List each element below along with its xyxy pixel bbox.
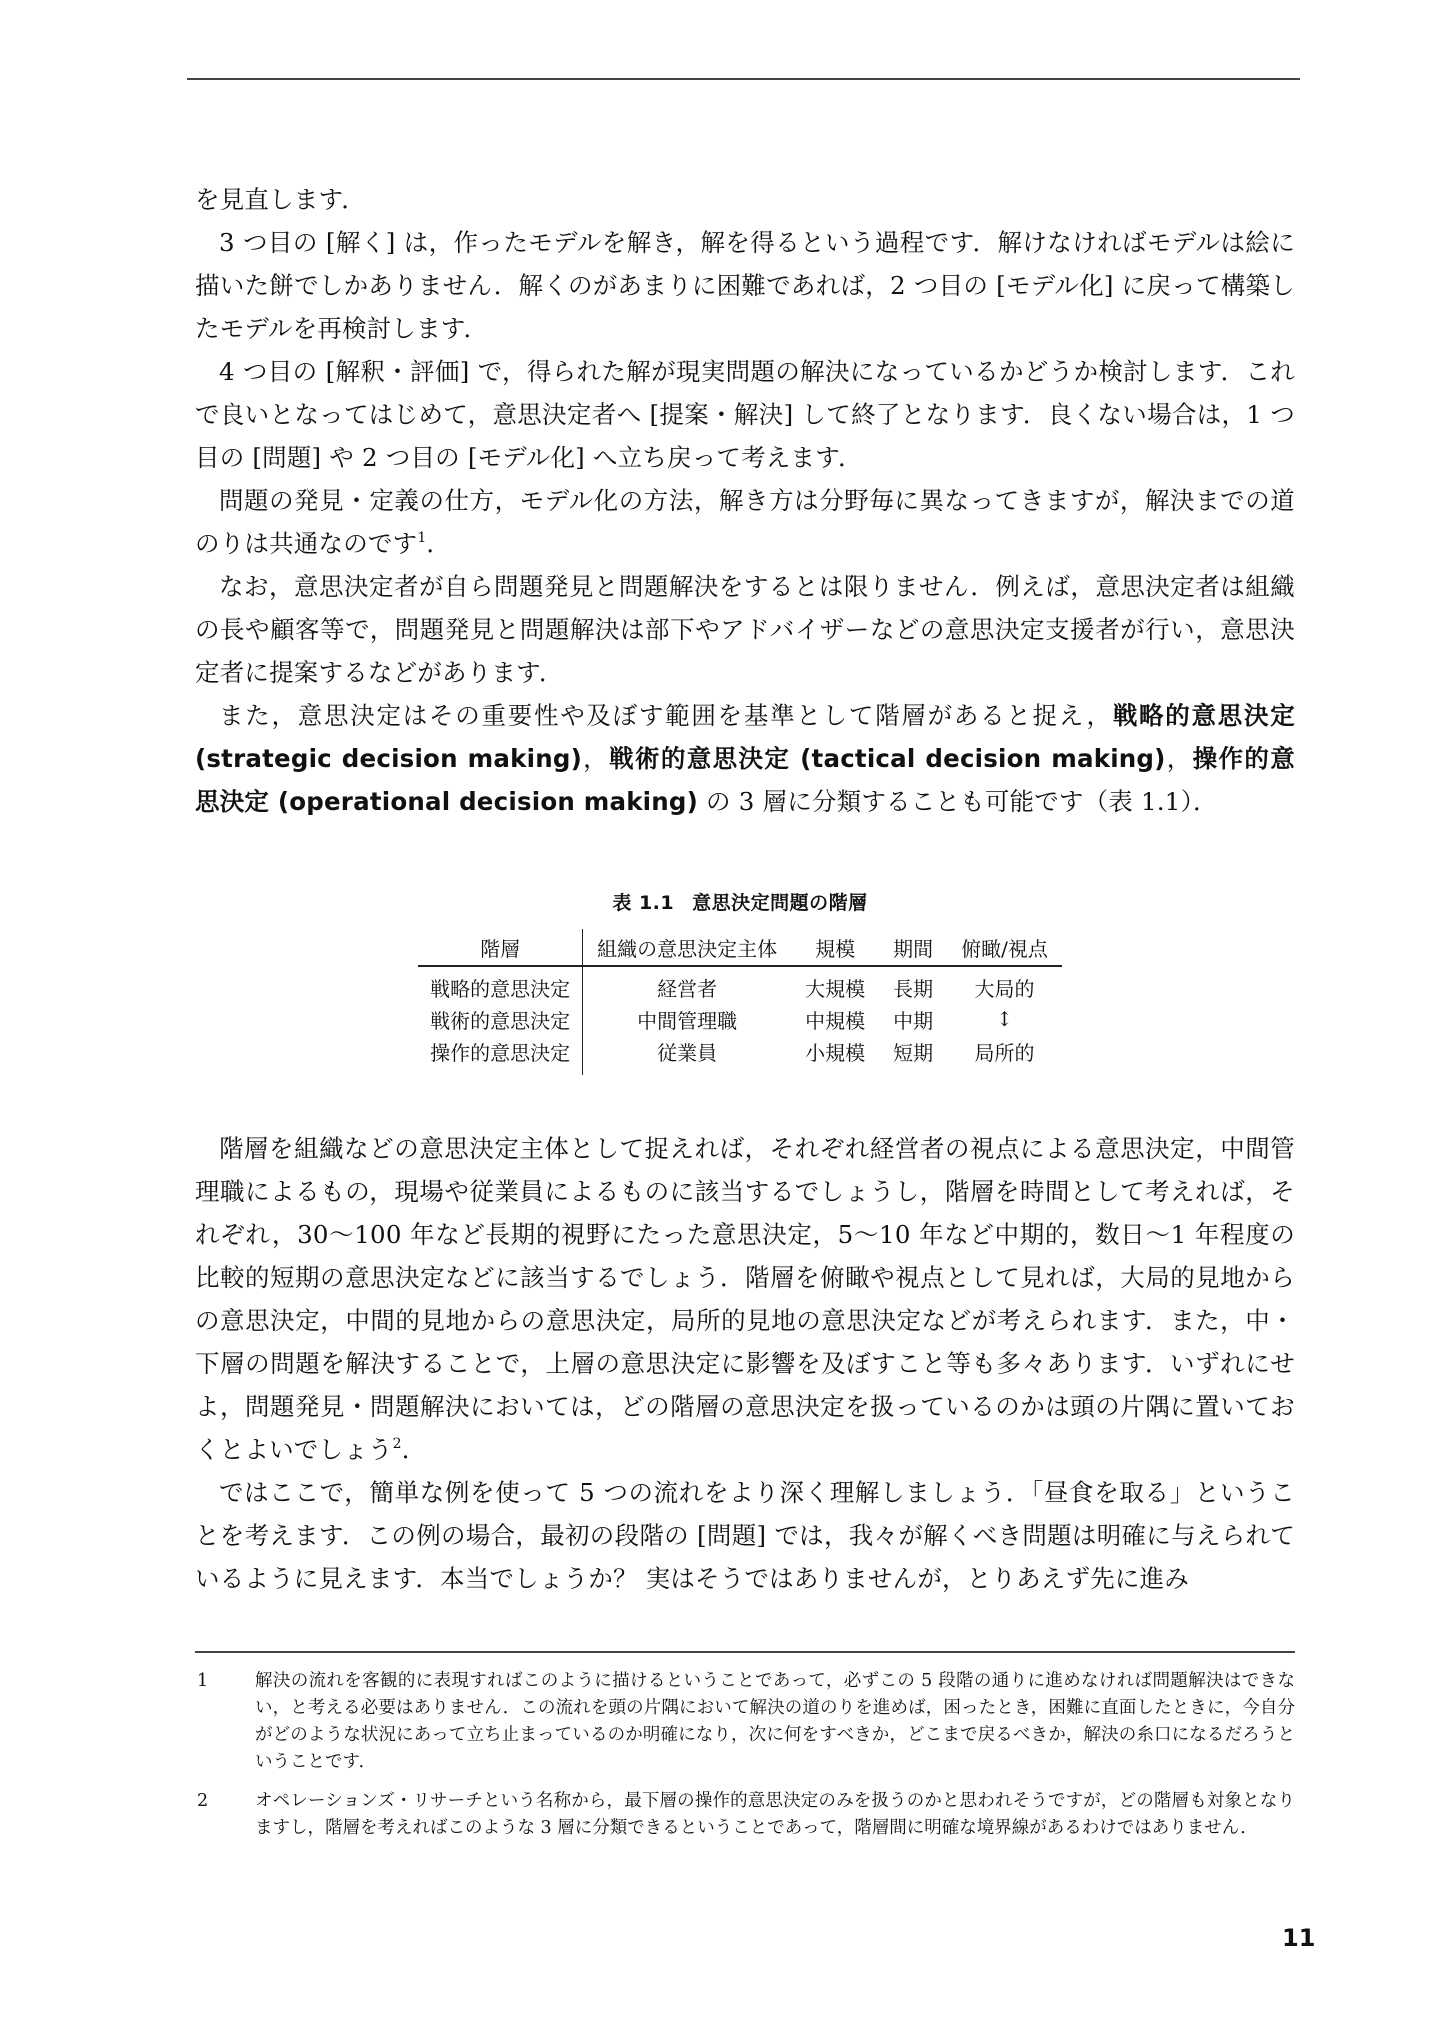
footnote-text: 解決の流れを客観的に表現すればこのように描けるということであって，必ずこの 5 … — [255, 1668, 1295, 1776]
paragraph-1: 3 つ目の [解く] は，作ったモデルを解き，解を得るという過程です．解けなけれ… — [195, 221, 1295, 350]
header-cell: 俯瞰/視点 — [947, 929, 1062, 966]
comma-2: ， — [1166, 744, 1193, 773]
body-text-continued: 階層を組織などの意思決定主体として捉えれば，それぞれ経営者の視点による意思決定，… — [195, 1127, 1295, 1600]
table-header-row: 階層 組織の意思決定主体 規模 期間 俯瞰/視点 — [418, 929, 1062, 966]
table-cell: 中間管理職 — [583, 1003, 792, 1035]
paragraph-0: を見直します． — [195, 178, 1295, 221]
table-cell: 大規模 — [791, 966, 879, 1003]
paragraph-2: 4 つ目の [解釈・評価] で，得られた解が現実問題の解決になっているかどうか検… — [195, 350, 1295, 479]
term-tactical: 戦術的意思決定 (tactical decision making) — [609, 744, 1166, 773]
table-cell: 従業員 — [583, 1035, 792, 1075]
footnote-rule — [195, 1651, 1295, 1653]
page-number: 11 — [1282, 1924, 1315, 1952]
table-cell: 中期 — [879, 1003, 947, 1035]
table-row: 戦術的意思決定 中間管理職 中規模 中期 ↕ — [418, 1003, 1062, 1035]
comma-1: ， — [582, 744, 609, 773]
paragraph-5: また，意思決定はその重要性や及ぼす範囲を基準として階層があると捉え，戦略的意思決… — [195, 694, 1295, 823]
paragraph-3: 問題の発見・定義の仕方，モデル化の方法，解き方は分野毎に異なってきますが，解決ま… — [195, 479, 1295, 565]
table-row: 戦略的意思決定 経営者 大規模 長期 大局的 — [418, 966, 1062, 1003]
footnotes: 1 解決の流れを客観的に表現すればこのように描けるということであって，必ずこの … — [195, 1668, 1295, 1854]
table-caption: 表 1.1意思決定問題の階層 — [405, 888, 1075, 915]
footnote-ref-2[interactable]: 2 — [393, 1436, 402, 1452]
paragraph-5-intro: また，意思決定はその重要性や及ぼす範囲を基準として階層があると捉え， — [219, 701, 1113, 730]
table-cell: 大局的 — [947, 966, 1062, 1003]
footnote-1: 1 解決の流れを客観的に表現すればこのように描けるということであって，必ずこの … — [195, 1668, 1295, 1776]
footnote-text: オペレーションズ・リサーチという名称から，最下層の操作的意思決定のみを扱うのかと… — [255, 1788, 1295, 1842]
paragraph-6-end: ． — [402, 1435, 427, 1464]
table-cell: 中規模 — [791, 1003, 879, 1035]
table-cell: 小規模 — [791, 1035, 879, 1075]
table-cell: 局所的 — [947, 1035, 1062, 1075]
table-caption-title: 意思決定問題の階層 — [692, 892, 868, 914]
paragraph-6-text: 階層を組織などの意思決定主体として捉えれば，それぞれ経営者の視点による意思決定，… — [195, 1134, 1295, 1464]
paragraph-3-end: ． — [426, 529, 451, 558]
table-cell: 操作的意思決定 — [418, 1035, 583, 1075]
body-text: を見直します． 3 つ目の [解く] は，作ったモデルを解き，解を得るという過程… — [195, 178, 1295, 823]
table-cell: 戦術的意思決定 — [418, 1003, 583, 1035]
table-1-1: 表 1.1意思決定問題の階層 階層 組織の意思決定主体 規模 期間 俯瞰/視点 … — [405, 888, 1075, 1075]
header-cell: 階層 — [418, 929, 583, 966]
table-row: 操作的意思決定 従業員 小規模 短期 局所的 — [418, 1035, 1062, 1075]
footnote-2: 2 オペレーションズ・リサーチという名称から，最下層の操作的意思決定のみを扱うの… — [195, 1788, 1295, 1842]
header-cell: 組織の意思決定主体 — [583, 929, 792, 966]
table-cell: 短期 — [879, 1035, 947, 1075]
hierarchy-table: 階層 組織の意思決定主体 規模 期間 俯瞰/視点 戦略的意思決定 経営者 大規模… — [418, 929, 1062, 1075]
paragraph-5-end: の 3 層に分類することも可能です（表 1.1）． — [698, 787, 1218, 816]
paragraph-7: ではここで，簡単な例を使って 5 つの流れをより深く理解しましょう．「昼食を取る… — [195, 1471, 1295, 1600]
header-cell: 規模 — [791, 929, 879, 966]
paragraph-6: 階層を組織などの意思決定主体として捉えれば，それぞれ経営者の視点による意思決定，… — [195, 1127, 1295, 1471]
table-caption-number: 表 1.1 — [612, 892, 674, 914]
header-cell: 期間 — [879, 929, 947, 966]
header-rule — [187, 78, 1300, 80]
paragraph-4: なお，意思決定者が自ら問題発見と問題解決をするとは限りません．例えば，意思決定者… — [195, 565, 1295, 694]
table-cell: 戦略的意思決定 — [418, 966, 583, 1003]
paragraph-3-text: 問題の発見・定義の仕方，モデル化の方法，解き方は分野毎に異なってきますが，解決ま… — [195, 486, 1295, 558]
up-down-arrow-icon: ↕ — [947, 1003, 1062, 1035]
footnote-number: 2 — [195, 1788, 255, 1842]
table-cell: 長期 — [879, 966, 947, 1003]
footnote-number: 1 — [195, 1668, 255, 1776]
table-cell: 経営者 — [583, 966, 792, 1003]
